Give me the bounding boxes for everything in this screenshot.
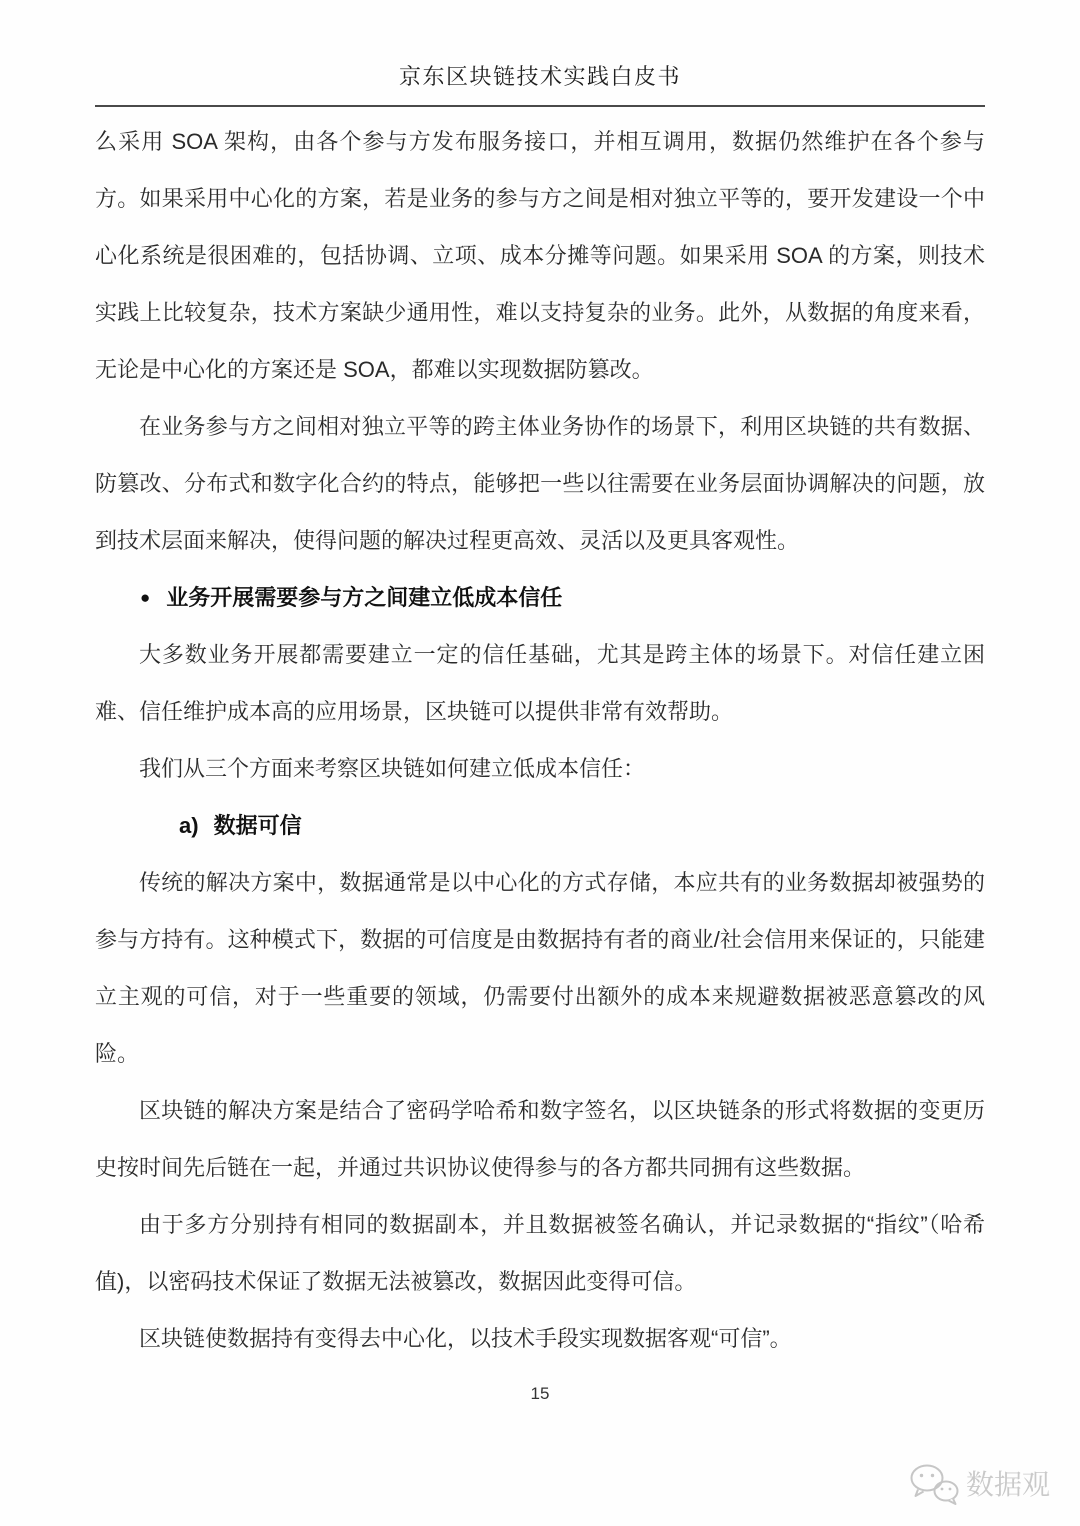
watermark: 数据观 [907,1462,1050,1508]
bullet-heading: ●业务开展需要参与方之间建立低成本信任 [95,569,985,626]
header-divider [95,105,985,107]
wechat-icon [907,1462,961,1508]
paragraph: 传统的解决方案中，数据通常是以中心化的方式存储，本应共有的业务数据却被强势的参与… [95,854,985,1082]
paragraph: 区块链的解决方案是结合了密码学哈希和数字签名，以区块链条的形式将数据的变更历史按… [95,1082,985,1196]
bullet-icon: ● [140,569,150,626]
paragraph: 在业务参与方之间相对独立平等的跨主体业务协作的场景下，利用区块链的共有数据、防篡… [95,398,985,569]
subheading-label: 数据可信 [214,813,302,838]
subheading-prefix: a) [179,813,199,838]
page-title: 京东区块链技术实践白皮书 [95,62,985,92]
bullet-heading-label: 业务开展需要参与方之间建立低成本信任 [166,585,562,610]
watermark-brand: 数据观 [966,1470,1050,1500]
page-number: 15 [95,1383,985,1405]
paragraph: 大多数业务开展都需要建立一定的信任基础，尤其是跨主体的场景下。对信任建立困难、信… [95,626,985,740]
paragraph: 由于多方分别持有相同的数据副本，并且数据被签名确认，并记录数据的“指纹”（哈希值… [95,1196,985,1310]
document-body: 么采用 SOA 架构，由各个参与方发布服务接口，并相互调用，数据仍然维护在各个参… [95,113,985,1367]
paragraph: 我们从三个方面来考察区块链如何建立低成本信任： [95,740,985,797]
document-page: 京东区块链技术实践白皮书 么采用 SOA 架构，由各个参与方发布服务接口，并相互… [0,0,1080,1526]
subheading-data-trust: a)数据可信 [95,797,985,854]
paragraph: 么采用 SOA 架构，由各个参与方发布服务接口，并相互调用，数据仍然维护在各个参… [95,113,985,398]
paragraph: 区块链使数据持有变得去中心化，以技术手段实现数据客观“可信”。 [95,1310,985,1367]
